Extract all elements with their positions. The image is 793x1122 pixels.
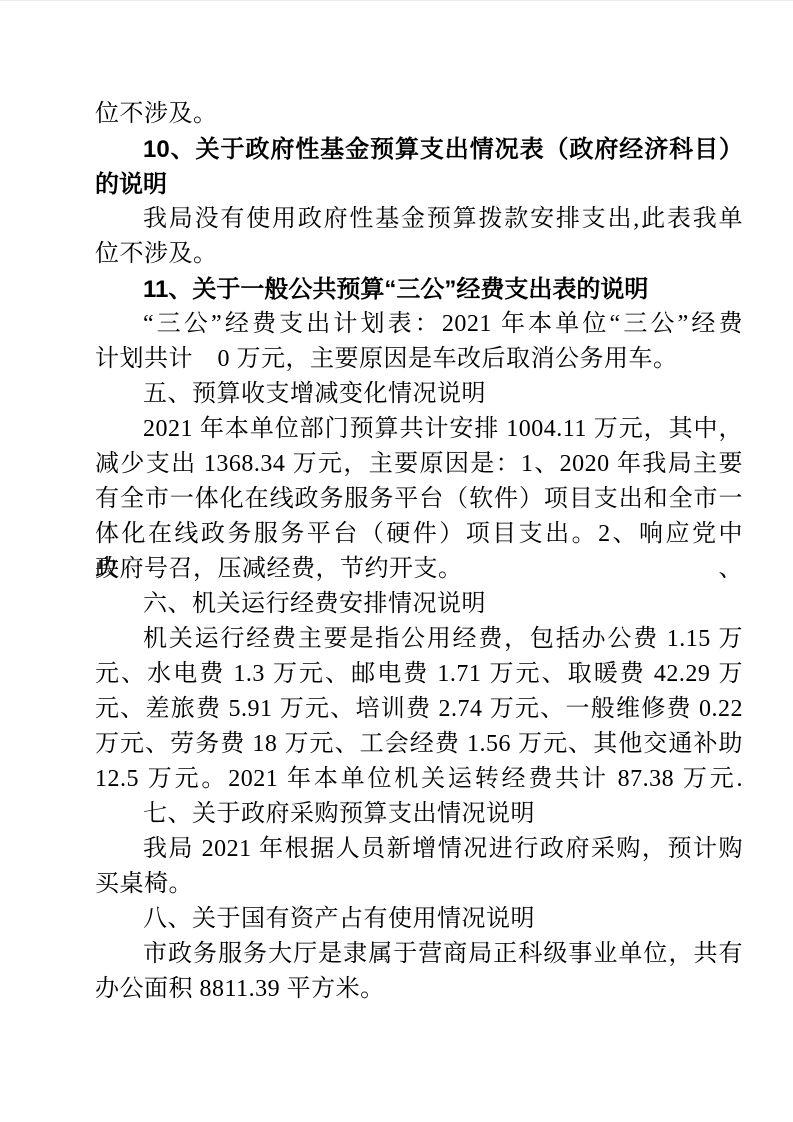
heading-section-6: 六、机关运行经费安排情况说明 (95, 587, 743, 622)
heading-section-7-line-1: 七、关于政府采购预算支出情况说明 (95, 797, 743, 832)
heading-section-5-line-1: 五、预算收支增减变化情况说明 (95, 377, 743, 412)
para-budget-change: 2021 年本单位部门预算共计安排 1004.11 万元，其中，减少支出 136… (95, 412, 743, 587)
para-gov-fund-expenditure-line-1: 我局没有使用政府性基金预算拨款安排支出,此表我单 (95, 202, 743, 237)
para-sangong-expense-line-2: 计划共计 0 万元，主要原因是车改后取消公务用车。 (95, 342, 743, 377)
para-operating-cost: 机关运行经费主要是指公用经费，包括办公费 1.15 万元、水电费 1.3 万元、… (95, 622, 743, 797)
heading-item-10-line-2: 的说明 (95, 167, 743, 202)
para-procurement: 我局 2021 年根据人员新增情况进行政府采购，预计购买桌椅。 (95, 832, 743, 902)
heading-section-8: 八、关于国有资产占有使用情况说明 (95, 902, 743, 937)
heading-item-11-line-1: 11、关于一般公共预算“三公”经费支出表的说明 (95, 272, 743, 307)
document-body: 位不涉及。10、关于政府性基金预算支出情况表（政府经济科目）的说明我局没有使用政… (95, 97, 743, 1007)
para-budget-change-line-1: 2021 年本单位部门预算共计安排 1004.11 万元，其中， (95, 412, 743, 447)
para-operating-cost-line-1: 机关运行经费主要是指公用经费，包括办公费 1.15 万 (95, 622, 743, 657)
para-procurement-line-2: 买桌椅。 (95, 867, 743, 902)
para-state-assets-line-2: 办公面积 8811.39 平方米。 (95, 972, 743, 1007)
heading-item-11: 11、关于一般公共预算“三公”经费支出表的说明 (95, 272, 743, 307)
heading-item-10-line-1: 10、关于政府性基金预算支出情况表（政府经济科目） (95, 132, 743, 167)
heading-section-8-line-1: 八、关于国有资产占有使用情况说明 (95, 902, 743, 937)
para-gov-fund-expenditure-line-2: 位不涉及。 (95, 237, 743, 272)
heading-item-10: 10、关于政府性基金预算支出情况表（政府经济科目）的说明 (95, 132, 743, 202)
heading-section-7: 七、关于政府采购预算支出情况说明 (95, 797, 743, 832)
para-previous-continuation-line-1: 位不涉及。 (95, 97, 743, 132)
para-gov-fund-expenditure: 我局没有使用政府性基金预算拨款安排支出,此表我单位不涉及。 (95, 202, 743, 272)
para-state-assets: 市政务服务大厅是隶属于营商局正科级事业单位，共有办公面积 8811.39 平方米… (95, 937, 743, 1007)
para-operating-cost-line-4: 万元、劳务费 18 万元、工会经费 1.56 万元、其他交通补助 (95, 727, 743, 762)
heading-section-5: 五、预算收支增减变化情况说明 (95, 377, 743, 412)
document-page: { "page": { "background": "#ffffff", "te… (0, 0, 793, 1122)
para-budget-change-line-2: 减少支出 1368.34 万元，主要原因是：1、2020 年我局主要 (95, 447, 743, 482)
para-operating-cost-line-5: 12.5 万元。2021 年本单位机关运转经费共计 87.38 万元. (95, 762, 743, 797)
para-sangong-expense-line-1: “三公”经费支出计划表：2021 年本单位“三公”经费 (95, 307, 743, 342)
para-budget-change-line-3: 有全市一体化在线政务服务平台（软件）项目支出和全市一 (95, 482, 743, 517)
para-budget-change-line-4: 体化在线政务服务平台（硬件）项目支出。2、响应党中央、 (95, 517, 743, 552)
para-procurement-line-1: 我局 2021 年根据人员新增情况进行政府采购，预计购 (95, 832, 743, 867)
para-sangong-expense: “三公”经费支出计划表：2021 年本单位“三公”经费计划共计 0 万元，主要原… (95, 307, 743, 377)
para-state-assets-line-1: 市政务服务大厅是隶属于营商局正科级事业单位，共有 (95, 937, 743, 972)
heading-section-6-line-1: 六、机关运行经费安排情况说明 (95, 587, 743, 622)
para-previous-continuation: 位不涉及。 (95, 97, 743, 132)
para-operating-cost-line-2: 元、水电费 1.3 万元、邮电费 1.71 万元、取暖费 42.29 万 (95, 657, 743, 692)
para-operating-cost-line-3: 元、差旅费 5.91 万元、培训费 2.74 万元、一般维修费 0.22 (95, 692, 743, 727)
